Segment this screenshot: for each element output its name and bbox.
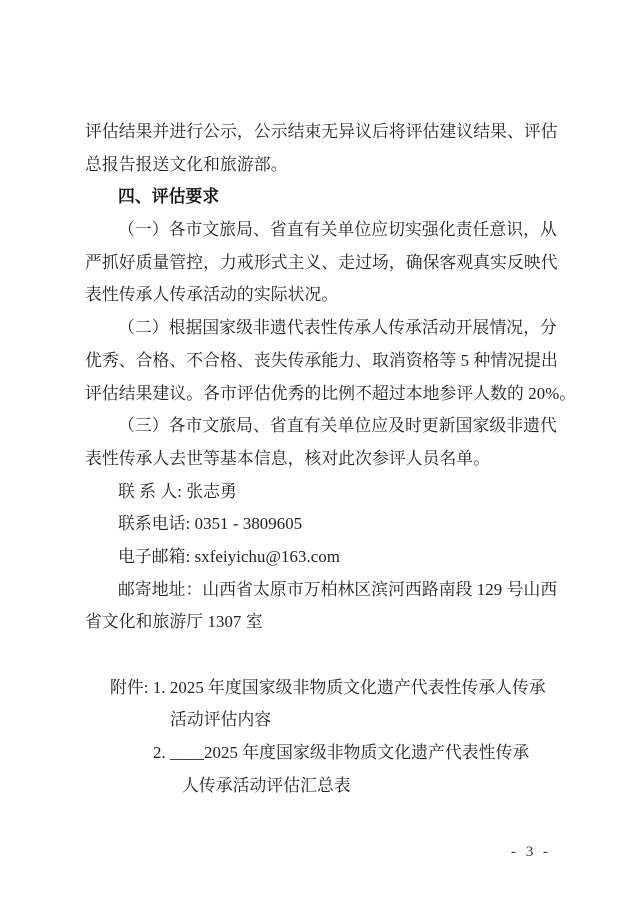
- section-heading-evaluation-requirements: 四、评估要求: [85, 181, 571, 214]
- attachment-line-3: 2. ____2025 年度国家级非物质文化遗产代表性传承: [85, 737, 571, 770]
- contact-email-line: 电子邮箱: sxfeiyichu@163.com: [85, 541, 571, 574]
- item-one-line-2: 严抓好质量管控，力戒形式主义、走过场，确保客观真实反映代: [85, 247, 571, 280]
- blank-line: [85, 639, 571, 672]
- page-number: - 3 -: [511, 843, 551, 861]
- item-one-line-3: 表性传承人传承活动的实际状况。: [85, 279, 571, 312]
- closing-paragraph-line-1: 评估结果并进行公示，公示结束无异议后将评估建议结果、评估: [85, 116, 571, 149]
- contact-person-line: 联 系 人: 张志勇: [85, 476, 571, 509]
- item-three-line-2: 表性传承人去世等基本信息，核对此次参评人员名单。: [85, 443, 571, 476]
- attachment-line-2: 活动评估内容: [85, 704, 571, 737]
- mailing-address-line-2: 省文化和旅游厅 1307 室: [85, 606, 571, 639]
- item-two-line-3: 评估结果建议。各市评估优秀的比例不超过本地参评人数的 20%。: [85, 378, 571, 411]
- document-body: 评估结果并进行公示，公示结束无异议后将评估建议结果、评估 总报告报送文化和旅游部…: [85, 116, 571, 802]
- closing-paragraph-line-2: 总报告报送文化和旅游部。: [85, 149, 571, 182]
- item-three-line-1: （三）各市文旅局、省直有关单位应及时更新国家级非遗代: [85, 410, 571, 443]
- attachment-line-4: 人传承活动评估汇总表: [85, 770, 571, 803]
- contact-phone-line: 联系电话: 0351 - 3809605: [85, 508, 571, 541]
- mailing-address-line-1: 邮寄地址：山西省太原市万柏林区滨河西路南段 129 号山西: [85, 574, 571, 607]
- item-one-line-1: （一）各市文旅局、省直有关单位应切实强化责任意识，从: [85, 214, 571, 247]
- item-two-line-1: （二）根据国家级非遗代表性传承人传承活动开展情况，分: [85, 312, 571, 345]
- attachment-line-1: 附件: 1. 2025 年度国家级非物质文化遗产代表性传承人传承: [85, 672, 571, 705]
- item-two-line-2: 优秀、合格、不合格、丧失传承能力、取消资格等 5 种情况提出: [85, 345, 571, 378]
